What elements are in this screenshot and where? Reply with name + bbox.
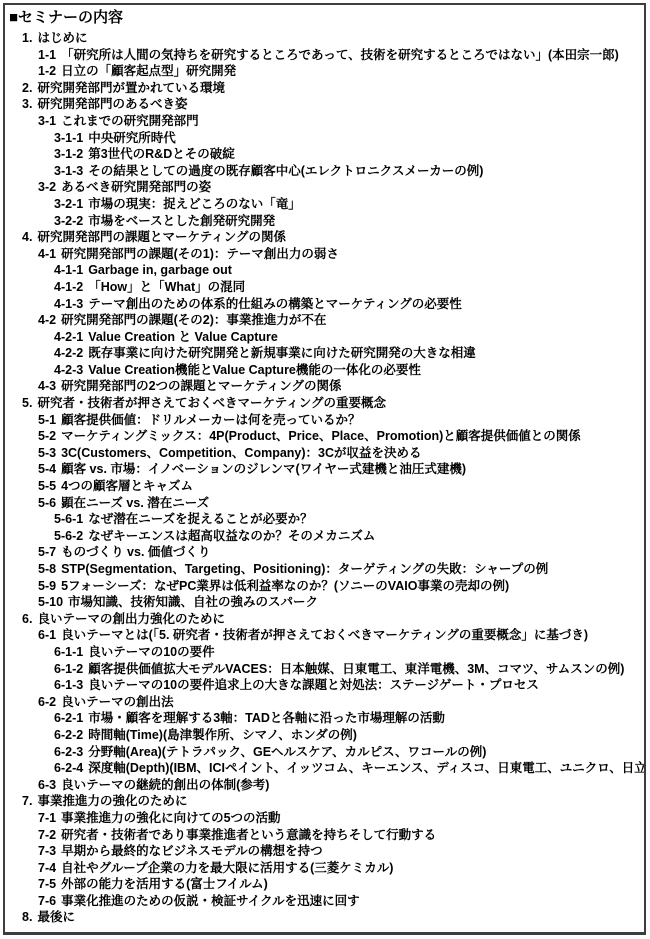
toc-item-text: あるべき研究開発部門の姿 — [61, 180, 211, 194]
toc-item-text: はじめに — [37, 31, 87, 45]
toc-item-number: 6-1-3 — [54, 678, 83, 692]
toc-item-number: 1. — [22, 31, 32, 45]
toc-item-number: 8. — [22, 910, 32, 924]
toc-item: 4-2-2既存事業に向けた研究開発と新規事業に向けた研究開発の大きな相違 — [9, 345, 644, 362]
toc-item-text: 日立の「顧客起点型」研究開発 — [61, 64, 236, 78]
toc-item-number: 7-4 — [38, 861, 56, 875]
toc-item: 6-3良いテーマの継続的創出の体制(参考) — [9, 777, 644, 794]
toc-item-number: 3-2-1 — [54, 197, 83, 211]
toc-item: 4-1-1Garbage in, garbage out — [9, 262, 644, 279]
toc-item: 4-3研究開発部門の2つの課題とマーケティングの関係 — [9, 378, 644, 395]
toc-item-text: 良いテーマの創出力強化のために — [37, 612, 225, 626]
toc-item-number: 4. — [22, 230, 32, 244]
toc-item-number: 4-1 — [38, 247, 56, 261]
toc-item-number: 6-1-1 — [54, 645, 83, 659]
toc-item-text: 市場の現実：捉えどころのない「竜」 — [88, 197, 301, 211]
toc-item: 7-5外部の能力を活用する(富士フイルム) — [9, 876, 644, 893]
toc-item-text: これまでの研究開発部門 — [61, 114, 199, 128]
toc-item-number: 7-1 — [38, 811, 56, 825]
toc-item-number: 4-2-1 — [54, 330, 83, 344]
toc-item: 3-2-2市場をベースとした創発研究開発 — [9, 213, 644, 230]
toc-item-number: 4-2-2 — [54, 346, 83, 360]
toc-item-text: 顧客提供価値拡大モデルVACES：日本触媒、日東電工、東洋電機、3M、コマツ、サ… — [88, 662, 624, 676]
toc-item-text: マーケティングミックス：4P(Product、Price、Place、Promo… — [61, 429, 581, 443]
toc-item-text: 事業推進力の強化のために — [37, 794, 187, 808]
toc-item-text: なぜ潜在ニーズを捉えることが必要か？ — [88, 512, 312, 526]
toc-item-text: ものづくり vs. 価値づくり — [61, 545, 210, 559]
toc-item-text: 早期から最終的なビジネスモデルの構想を持つ — [61, 844, 323, 858]
toc-item: 5-8STP(Segmentation、Targeting、Positionin… — [9, 561, 644, 578]
toc-item-text: テーマ創出のための体系的仕組みの構築とマーケティングの必要性 — [88, 297, 462, 311]
toc-item-text: 4つの顧客層とキャズム — [61, 479, 193, 493]
toc-item-text: 研究者・技術者が押さえておくべきマーケティングの重要概念 — [37, 396, 386, 410]
toc-item: 5-54つの顧客層とキャズム — [9, 478, 644, 495]
toc-item: 6-2-4深度軸(Depth)(IBM、ICIペイント、イッツコム、キーエンス、… — [9, 760, 644, 777]
toc-item-text: 顧客 vs. 市場：イノベーションのジレンマ(ワイヤー式建機と油圧式建機) — [61, 462, 466, 476]
toc-item-text: 良いテーマの10の要件 — [88, 645, 214, 659]
toc-item-text: 顕在ニーズ vs. 潜在ニーズ — [61, 496, 209, 510]
toc-item-text: 自社やグループ企業の力を最大限に活用する(三菱ケミカル) — [61, 861, 393, 875]
toc-item: 7.事業推進力の強化のために — [9, 793, 644, 810]
toc-item-text: 中央研究所時代 — [88, 131, 176, 145]
toc-item-number: 4-2-3 — [54, 363, 83, 377]
toc-item-text: 「How」と「What」の混同 — [88, 280, 245, 294]
toc-item: 3.研究開発部門のあるべき姿 — [9, 96, 644, 113]
toc-item-number: 4-3 — [38, 379, 56, 393]
toc-item-text: 第3世代のR&Dとその破綻 — [88, 147, 235, 161]
toc-item-text: 3C(Customers、Competition、Company)：3Cが収益を… — [61, 446, 421, 460]
toc-item: 5-33C(Customers、Competition、Company)：3Cが… — [9, 445, 644, 462]
toc-item-number: 7-6 — [38, 894, 56, 908]
toc-item-text: 5フォーシーズ：なぜPC業界は低利益率なのか？(ソニーのVAIO事業の売却の例) — [61, 579, 509, 593]
toc-item: 7-3早期から最終的なビジネスモデルの構想を持つ — [9, 843, 644, 860]
toc-item-text: 外部の能力を活用する(富士フイルム) — [61, 877, 268, 891]
toc-item-number: 3-1 — [38, 114, 56, 128]
toc-item-number: 6-3 — [38, 778, 56, 792]
toc-item-text: Value Creation機能とValue Capture機能の一体化の必要性 — [88, 363, 421, 377]
toc-item-text: 事業推進力の強化に向けての5つの活動 — [61, 811, 280, 825]
toc-item-text: 研究開発部門が置かれている環境 — [37, 81, 225, 95]
toc-item-number: 3-2-2 — [54, 214, 83, 228]
toc-item-number: 6-1-2 — [54, 662, 83, 676]
toc-item: 2.研究開発部門が置かれている環境 — [9, 80, 644, 97]
toc-item-text: 研究開発部門の課題とマーケティングの関係 — [37, 230, 286, 244]
toc-item-number: 5-3 — [38, 446, 56, 460]
toc-item: 6-1-1良いテーマの10の要件 — [9, 644, 644, 661]
toc-item-text: なぜキーエンスは超高収益なのか？そのメカニズム — [88, 529, 375, 543]
toc-item-text: 市場・顧客を理解する3軸：TADと各軸に沿った市場理解の活動 — [88, 711, 445, 725]
toc-item: 6-1-3良いテーマの10の要件追求上の大きな課題と対処法：ステージゲート・プロ… — [9, 677, 644, 694]
toc-item: 7-2研究者・技術者であり事業推進者という意識を持ちそして行動する — [9, 827, 644, 844]
toc-item: 3-1-2第3世代のR&Dとその破綻 — [9, 146, 644, 163]
toc-item-text: 既存事業に向けた研究開発と新規事業に向けた研究開発の大きな相違 — [88, 346, 476, 360]
toc-item-number: 6-2-3 — [54, 745, 83, 759]
toc-item-number: 4-1-2 — [54, 280, 83, 294]
toc-item: 7-1事業推進力の強化に向けての5つの活動 — [9, 810, 644, 827]
document-title: ■セミナーの内容 — [9, 8, 644, 28]
toc-item-number: 6-2-1 — [54, 711, 83, 725]
toc-item-number: 5-9 — [38, 579, 56, 593]
toc-item: 3-2-1市場の現実：捉えどころのない「竜」 — [9, 196, 644, 213]
toc-item: 1-2日立の「顧客起点型」研究開発 — [9, 63, 644, 80]
toc-item-text: 深度軸(Depth)(IBM、ICIペイント、イッツコム、キーエンス、ディスコ、… — [88, 761, 644, 775]
toc-item: 6-2-1市場・顧客を理解する3軸：TADと各軸に沿った市場理解の活動 — [9, 710, 644, 727]
toc-item-text: 市場知識、技術知識、自社の強みのスパーク — [68, 595, 318, 609]
toc-item-text: その結果としての過度の既存顧客中心(エレクトロニクスメーカーの例) — [88, 164, 483, 178]
toc-item-number: 5-6 — [38, 496, 56, 510]
toc-item: 7-6事業化推進のための仮説・検証サイクルを迅速に回す — [9, 893, 644, 910]
toc-item-text: 良いテーマとは(「5. 研究者・技術者が押さえておくべきマーケティングの重要概念… — [61, 628, 588, 642]
toc-item-number: 5-6-1 — [54, 512, 83, 526]
toc-item: 4-1-2「How」と「What」の混同 — [9, 279, 644, 296]
toc-item-number: 5-1 — [38, 413, 56, 427]
toc-item-number: 7-5 — [38, 877, 56, 891]
toc-item: 4-2-3Value Creation機能とValue Capture機能の一体… — [9, 362, 644, 379]
toc-item-text: 研究開発部門の2つの課題とマーケティングの関係 — [61, 379, 341, 393]
toc-item: 6-2良いテーマの創出法 — [9, 694, 644, 711]
toc-item-text: 「研究所は人間の気持ちを研究するところであって、技術を研究するところではない」(… — [61, 48, 619, 62]
toc-item-number: 7-2 — [38, 828, 56, 842]
toc-item-number: 6-2-2 — [54, 728, 83, 742]
toc-item: 5-6顕在ニーズ vs. 潜在ニーズ — [9, 495, 644, 512]
toc-item: 4-2研究開発部門の課題(その2)：事業推進力が不在 — [9, 312, 644, 329]
toc-item-number: 5-10 — [38, 595, 63, 609]
toc-item: 5.研究者・技術者が押さえておくべきマーケティングの重要概念 — [9, 395, 644, 412]
toc-item-number: 4-1-3 — [54, 297, 83, 311]
toc-item: 1.はじめに — [9, 30, 644, 47]
toc-item: 3-1-1中央研究所時代 — [9, 130, 644, 147]
toc-item: 6.良いテーマの創出力強化のために — [9, 611, 644, 628]
toc-item: 4.研究開発部門の課題とマーケティングの関係 — [9, 229, 644, 246]
toc-item: 5-6-2なぜキーエンスは超高収益なのか？そのメカニズム — [9, 528, 644, 545]
toc-item-number: 3-1-3 — [54, 164, 83, 178]
toc-item: 5-2マーケティングミックス：4P(Product、Price、Place、Pr… — [9, 428, 644, 445]
toc-item-number: 4-1-1 — [54, 263, 83, 277]
toc-item-number: 7. — [22, 794, 32, 808]
toc-item-number: 6. — [22, 612, 32, 626]
toc-item-number: 3-2 — [38, 180, 56, 194]
toc-item-text: Value Creation と Value Capture — [88, 330, 278, 344]
toc-list: 1.はじめに1-1「研究所は人間の気持ちを研究するところであって、技術を研究する… — [9, 30, 644, 926]
toc-item-number: 6-2 — [38, 695, 56, 709]
toc-item-number: 5-6-2 — [54, 529, 83, 543]
toc-item-number: 3-1-1 — [54, 131, 83, 145]
toc-item-number: 1-2 — [38, 64, 56, 78]
toc-item-number: 3. — [22, 97, 32, 111]
toc-item: 7-4自社やグループ企業の力を最大限に活用する(三菱ケミカル) — [9, 860, 644, 877]
toc-item: 5-6-1なぜ潜在ニーズを捉えることが必要か？ — [9, 511, 644, 528]
toc-item-number: 4-2 — [38, 313, 56, 327]
toc-item-number: 1-1 — [38, 48, 56, 62]
toc-item: 5-7ものづくり vs. 価値づくり — [9, 544, 644, 561]
toc-item-text: 研究者・技術者であり事業推進者という意識を持ちそして行動する — [61, 828, 436, 842]
toc-item: 1-1「研究所は人間の気持ちを研究するところであって、技術を研究するところではな… — [9, 47, 644, 64]
toc-item-number: 7-3 — [38, 844, 56, 858]
toc-item: 4-1-3テーマ創出のための体系的仕組みの構築とマーケティングの必要性 — [9, 296, 644, 313]
toc-item-text: 研究開発部門の課題(その2)：事業推進力が不在 — [61, 313, 326, 327]
toc-item-text: 良いテーマの継続的創出の体制(参考) — [61, 778, 269, 792]
toc-item: 5-1顧客提供価値：ドリルメーカーは何を売っているか？ — [9, 412, 644, 429]
toc-item-number: 5-5 — [38, 479, 56, 493]
toc-item-text: 研究開発部門の課題(その1)：テーマ創出力の弱さ — [61, 247, 339, 261]
toc-item: 3-1-3その結果としての過度の既存顧客中心(エレクトロニクスメーカーの例) — [9, 163, 644, 180]
toc-item-text: 良いテーマの10の要件追求上の大きな課題と対処法：ステージゲート・プロセス — [88, 678, 539, 692]
toc-item: 4-2-1Value Creation と Value Capture — [9, 329, 644, 346]
toc-item-text: 市場をベースとした創発研究開発 — [88, 214, 275, 228]
toc-item-number: 6-2-4 — [54, 761, 83, 775]
toc-item: 5-10市場知識、技術知識、自社の強みのスパーク — [9, 594, 644, 611]
toc-item-number: 2. — [22, 81, 32, 95]
toc-item-text: STP(Segmentation、Targeting、Positioning)：… — [61, 562, 548, 576]
toc-item: 6-1良いテーマとは(「5. 研究者・技術者が押さえておくべきマーケティングの重… — [9, 627, 644, 644]
toc-item-text: 事業化推進のための仮説・検証サイクルを迅速に回す — [61, 894, 360, 908]
toc-item: 5-4顧客 vs. 市場：イノベーションのジレンマ(ワイヤー式建機と油圧式建機) — [9, 461, 644, 478]
toc-item: 4-1研究開発部門の課題(その1)：テーマ創出力の弱さ — [9, 246, 644, 263]
toc-item-text: 時間軸(Time)(島津製作所、シマノ、ホンダの例) — [88, 728, 357, 742]
toc-item-number: 5-8 — [38, 562, 56, 576]
toc-item-text: 最後に — [37, 910, 75, 924]
toc-item-text: 顧客提供価値：ドリルメーカーは何を売っているか？ — [61, 413, 360, 427]
toc-item: 6-2-3分野軸(Area)(テトラパック、GEヘルスケア、カルピス、ワコールの… — [9, 744, 644, 761]
toc-item-number: 6-1 — [38, 628, 56, 642]
document-frame: ■セミナーの内容 1.はじめに1-1「研究所は人間の気持ちを研究するところであっ… — [3, 3, 646, 935]
toc-item: 6-1-2顧客提供価値拡大モデルVACES：日本触媒、日東電工、東洋電機、3M、… — [9, 661, 644, 678]
toc-item-number: 5-2 — [38, 429, 56, 443]
toc-item-text: Garbage in, garbage out — [88, 263, 232, 277]
toc-item-text: 研究開発部門のあるべき姿 — [37, 97, 187, 111]
toc-item: 6-2-2時間軸(Time)(島津製作所、シマノ、ホンダの例) — [9, 727, 644, 744]
toc-item-number: 3-1-2 — [54, 147, 83, 161]
toc-item: 8.最後に — [9, 909, 644, 926]
toc-item-number: 5. — [22, 396, 32, 410]
toc-item-text: 分野軸(Area)(テトラパック、GEヘルスケア、カルピス、ワコールの例) — [88, 745, 486, 759]
toc-item-number: 5-4 — [38, 462, 56, 476]
toc-item-text: 良いテーマの創出法 — [61, 695, 174, 709]
toc-item-number: 5-7 — [38, 545, 56, 559]
toc-item: 3-1これまでの研究開発部門 — [9, 113, 644, 130]
toc-item: 3-2あるべき研究開発部門の姿 — [9, 179, 644, 196]
toc-item: 5-95フォーシーズ：なぜPC業界は低利益率なのか？(ソニーのVAIO事業の売却… — [9, 578, 644, 595]
